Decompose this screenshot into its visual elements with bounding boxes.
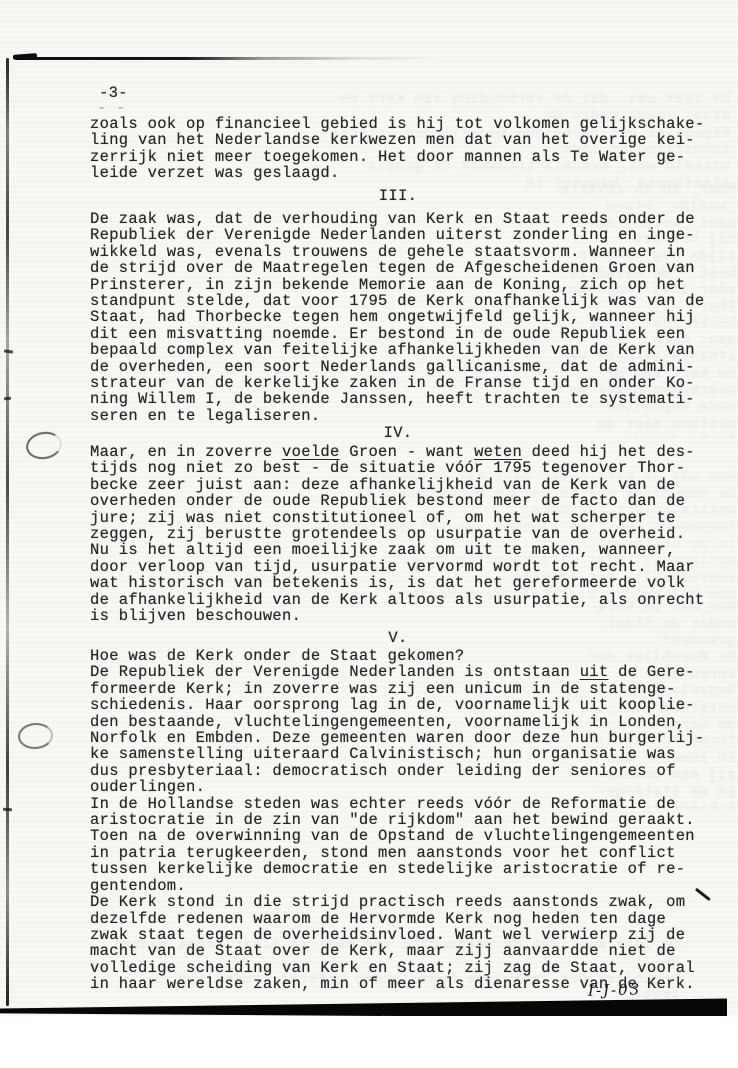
section-iii-paragraph: De zaak was, dat de verhouding van Kerk … <box>90 211 720 424</box>
scan-background <box>0 1016 738 1068</box>
scanned-document-page: De zaak was, dat de verhouding van Kerk … <box>0 0 738 1068</box>
margin-tick-mark <box>3 808 12 812</box>
scan-edge-line-left <box>6 58 9 1006</box>
scan-edge-line-top <box>16 57 440 60</box>
margin-tick-mark <box>4 397 11 401</box>
section-iv-paragraph: Maar, en in zoverre voelde Groen - want … <box>90 444 720 624</box>
pencil-oval-mark <box>24 429 64 462</box>
section-heading-v: V. <box>90 630 706 646</box>
section-v-paragraph: Hoe was de Kerk onder de Staat gekomen? … <box>90 648 720 993</box>
intro-paragraph: zoals ook op financieel gebied is hij to… <box>90 116 715 182</box>
handwritten-archive-code: I-J-03 <box>588 980 642 999</box>
pencil-oval-mark <box>17 722 54 750</box>
section-heading-iv: IV. <box>90 425 706 441</box>
section-heading-iii: III. <box>90 188 706 204</box>
page-number-artifact: - - <box>97 100 126 116</box>
